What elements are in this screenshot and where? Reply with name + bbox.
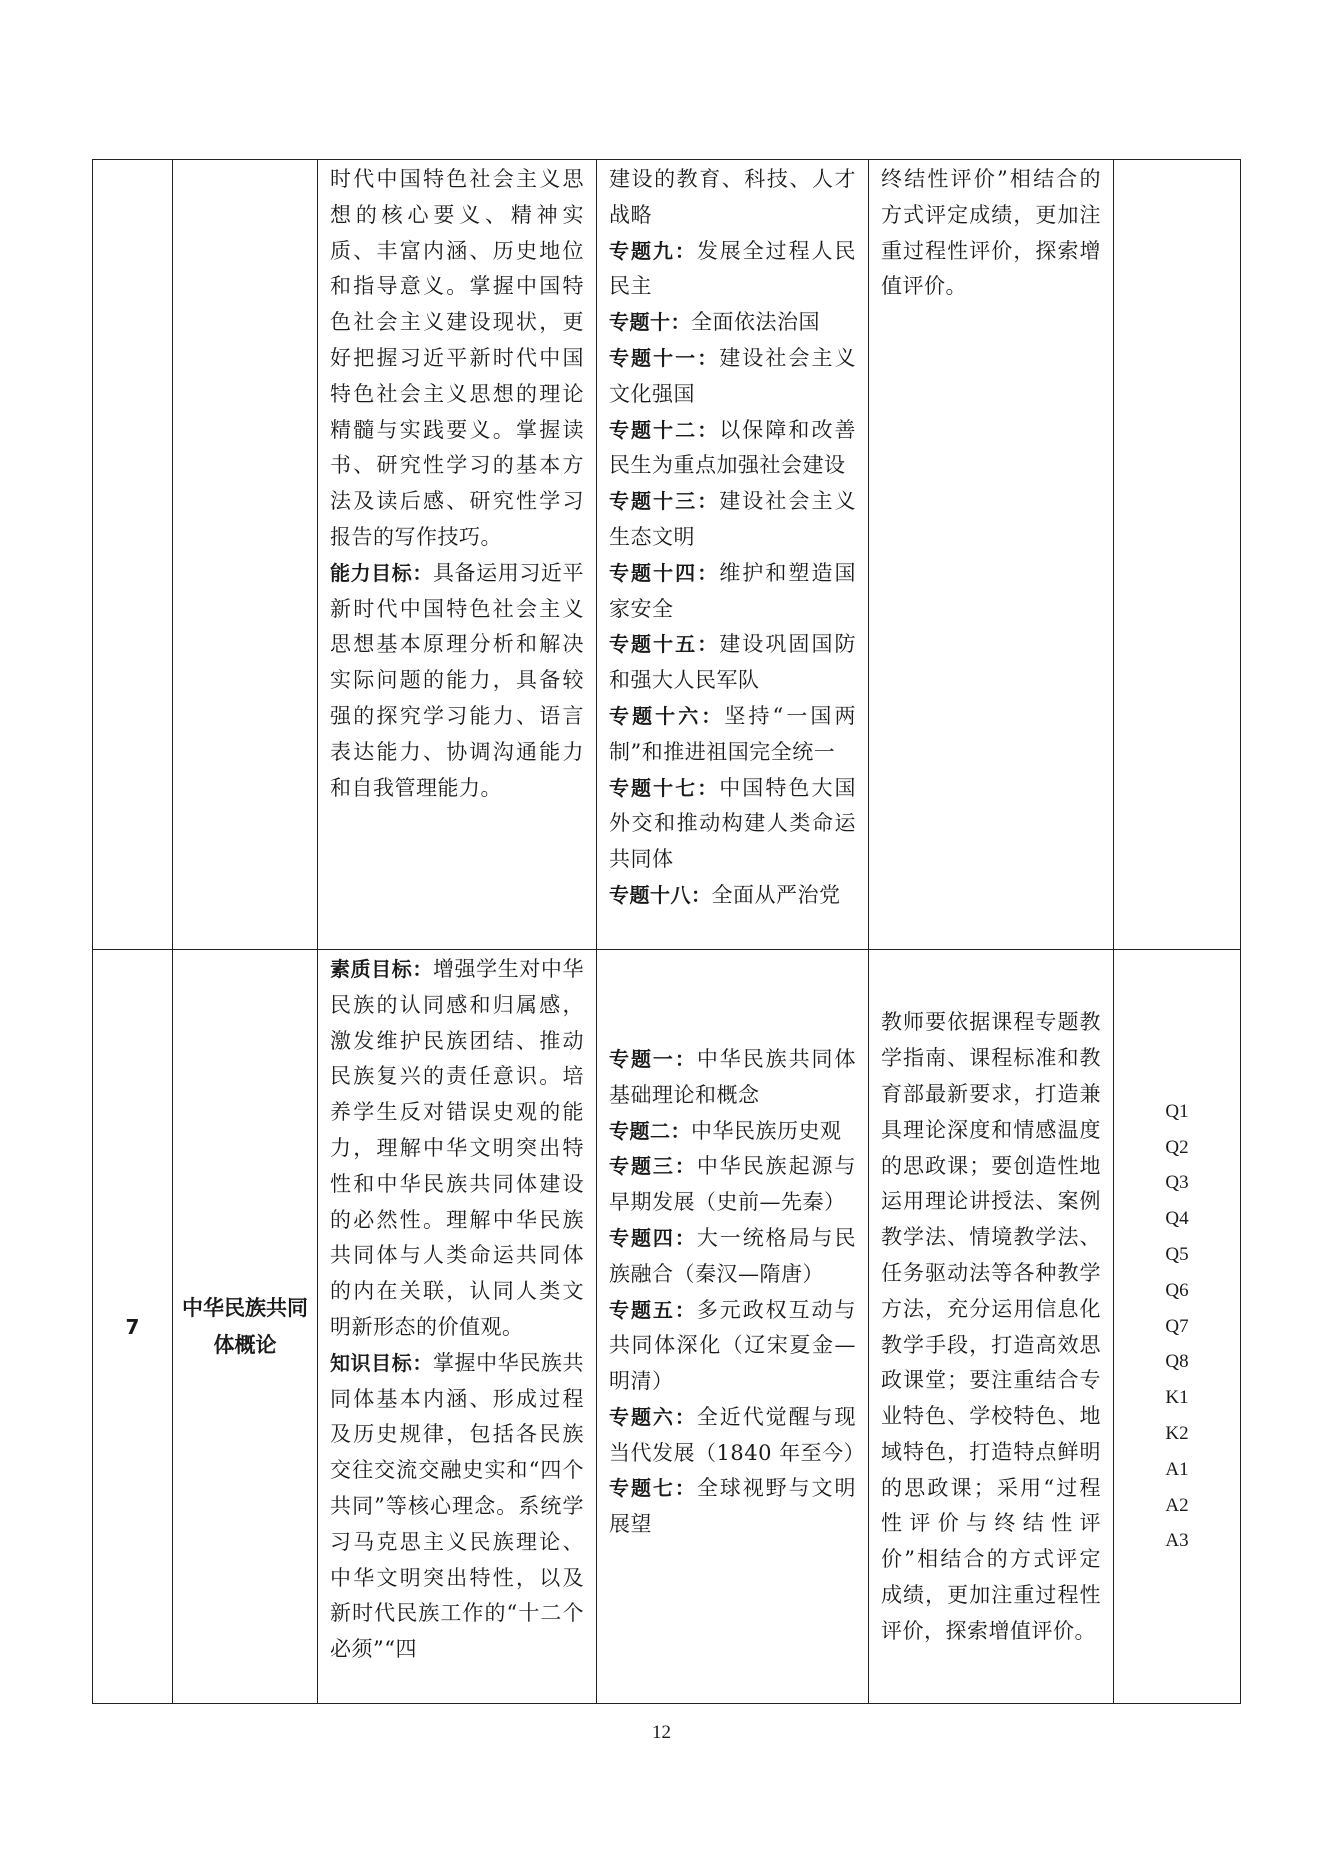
table-row: 时代中国特色社会主义思想的核心要义、精神实质、丰富内涵、历史地位和指导意义。掌握… [93, 160, 1241, 950]
objective-paragraph: 能力目标：具备运用习近平新时代中国特色社会主义思想基本原理分析和解决实际问题的能… [330, 556, 584, 807]
curriculum-table: 时代中国特色社会主义思想的核心要义、精神实质、丰富内涵、历史地位和指导意义。掌握… [92, 159, 1241, 1704]
objectives-cell: 时代中国特色社会主义思想的核心要义、精神实质、丰富内涵、历史地位和指导意义。掌握… [318, 160, 597, 950]
code-label: K2 [1114, 1416, 1240, 1452]
code-label: Q3 [1114, 1165, 1240, 1201]
codes-cell [1114, 160, 1241, 950]
codes-cell: Q1 Q2 Q3 Q4 Q5 Q6 Q7 Q8 K1 K2 A1 A2 A3 [1114, 950, 1241, 1704]
objective-paragraph: 时代中国特色社会主义思想的核心要义、精神实质、丰富内涵、历史地位和指导意义。掌握… [330, 162, 584, 556]
topic-item: 专题二：中华民族历史观 [609, 1114, 856, 1150]
objective-paragraph: 知识目标：掌握中华民族共同体基本内涵、形成过程及历史规律，包括各民族交往交流交融… [330, 1346, 584, 1668]
index-cell: 7 [93, 950, 173, 1704]
code-label: A3 [1114, 1523, 1240, 1559]
code-label: Q6 [1114, 1273, 1240, 1309]
page-number: 12 [0, 1722, 1323, 1744]
code-label: Q2 [1114, 1130, 1240, 1166]
code-label: A1 [1114, 1452, 1240, 1488]
topic-item: 专题十八：全面从严治党 [609, 878, 856, 914]
topic-item: 专题十三：建设社会主义生态文明 [609, 484, 856, 556]
topic-item: 专题七：全球视野与文明展望 [609, 1471, 856, 1543]
topic-item: 专题九：发展全过程人民民主 [609, 234, 856, 306]
code-label: Q4 [1114, 1201, 1240, 1237]
objective-paragraph: 素质目标：增强学生对中华民族的认同感和归属感，激发维护民族团结、推动民族复兴的责… [330, 952, 584, 1346]
teaching-requirements-text: 教师要依据课程专题教学指南、课程标准和教育部最新要求，打造兼具理论深度和情感温度… [869, 1003, 1113, 1649]
code-label: Q8 [1114, 1344, 1240, 1380]
teaching-requirements-text: 终结性评价”相结合的方式评定成绩，更加注重过程性评价，探索增值评价。 [869, 160, 1113, 305]
objectives-cell: 素质目标：增强学生对中华民族的认同感和归属感，激发维护民族团结、推动民族复兴的责… [318, 950, 597, 1704]
course-name-cell [173, 160, 318, 950]
code-label: Q7 [1114, 1309, 1240, 1345]
topic-item: 专题十五：建设巩固国防和强大人民军队 [609, 627, 856, 699]
topic-item: 专题一：中华民族共同体基础理论和概念 [609, 1042, 856, 1114]
topic-item: 专题十二：以保障和改善民生为重点加强社会建设 [609, 413, 856, 485]
code-label: A2 [1114, 1488, 1240, 1524]
index-cell [93, 160, 173, 950]
topic-item: 专题六：全近代觉醒与现当代发展（1840 年至今） [609, 1400, 856, 1472]
topic-item: 专题十一：建设社会主义文化强国 [609, 341, 856, 413]
topic-item: 专题四：大一统格局与民族融合（秦汉—隋唐） [609, 1221, 856, 1293]
teaching-requirements-cell: 终结性评价”相结合的方式评定成绩，更加注重过程性评价，探索增值评价。 [869, 160, 1114, 950]
course-name-cell: 中华民族共同体概论 [173, 950, 318, 1704]
code-label: Q5 [1114, 1237, 1240, 1273]
topic-item: 专题十七：中国特色大国外交和推动构建人类命运共同体 [609, 771, 856, 878]
topic-item: 专题十六：坚持“一国两制”和推进祖国完全统一 [609, 699, 856, 771]
topic-item: 专题三：中华民族起源与早期发展（史前—先秦） [609, 1149, 856, 1221]
code-label: K1 [1114, 1380, 1240, 1416]
topic-item: 专题五：多元政权互动与共同体深化（辽宋夏金—明清） [609, 1293, 856, 1400]
topic-item: 建设的教育、科技、人才战略 [609, 162, 856, 234]
document-page: 时代中国特色社会主义思想的核心要义、精神实质、丰富内涵、历史地位和指导意义。掌握… [0, 0, 1323, 1871]
table-row: 7 中华民族共同体概论 素质目标：增强学生对中华民族的认同感和归属感，激发维护民… [93, 950, 1241, 1704]
teaching-requirements-cell: 教师要依据课程专题教学指南、课程标准和教育部最新要求，打造兼具理论深度和情感温度… [869, 950, 1114, 1704]
topics-cell: 建设的教育、科技、人才战略 专题九：发展全过程人民民主 专题十：全面依法治国 专… [597, 160, 869, 950]
topic-item: 专题十：全面依法治国 [609, 305, 856, 341]
code-label: Q1 [1114, 1094, 1240, 1130]
topics-cell: 专题一：中华民族共同体基础理论和概念 专题二：中华民族历史观 专题三：中华民族起… [597, 950, 869, 1704]
topic-item: 专题十四：维护和塑造国家安全 [609, 556, 856, 628]
